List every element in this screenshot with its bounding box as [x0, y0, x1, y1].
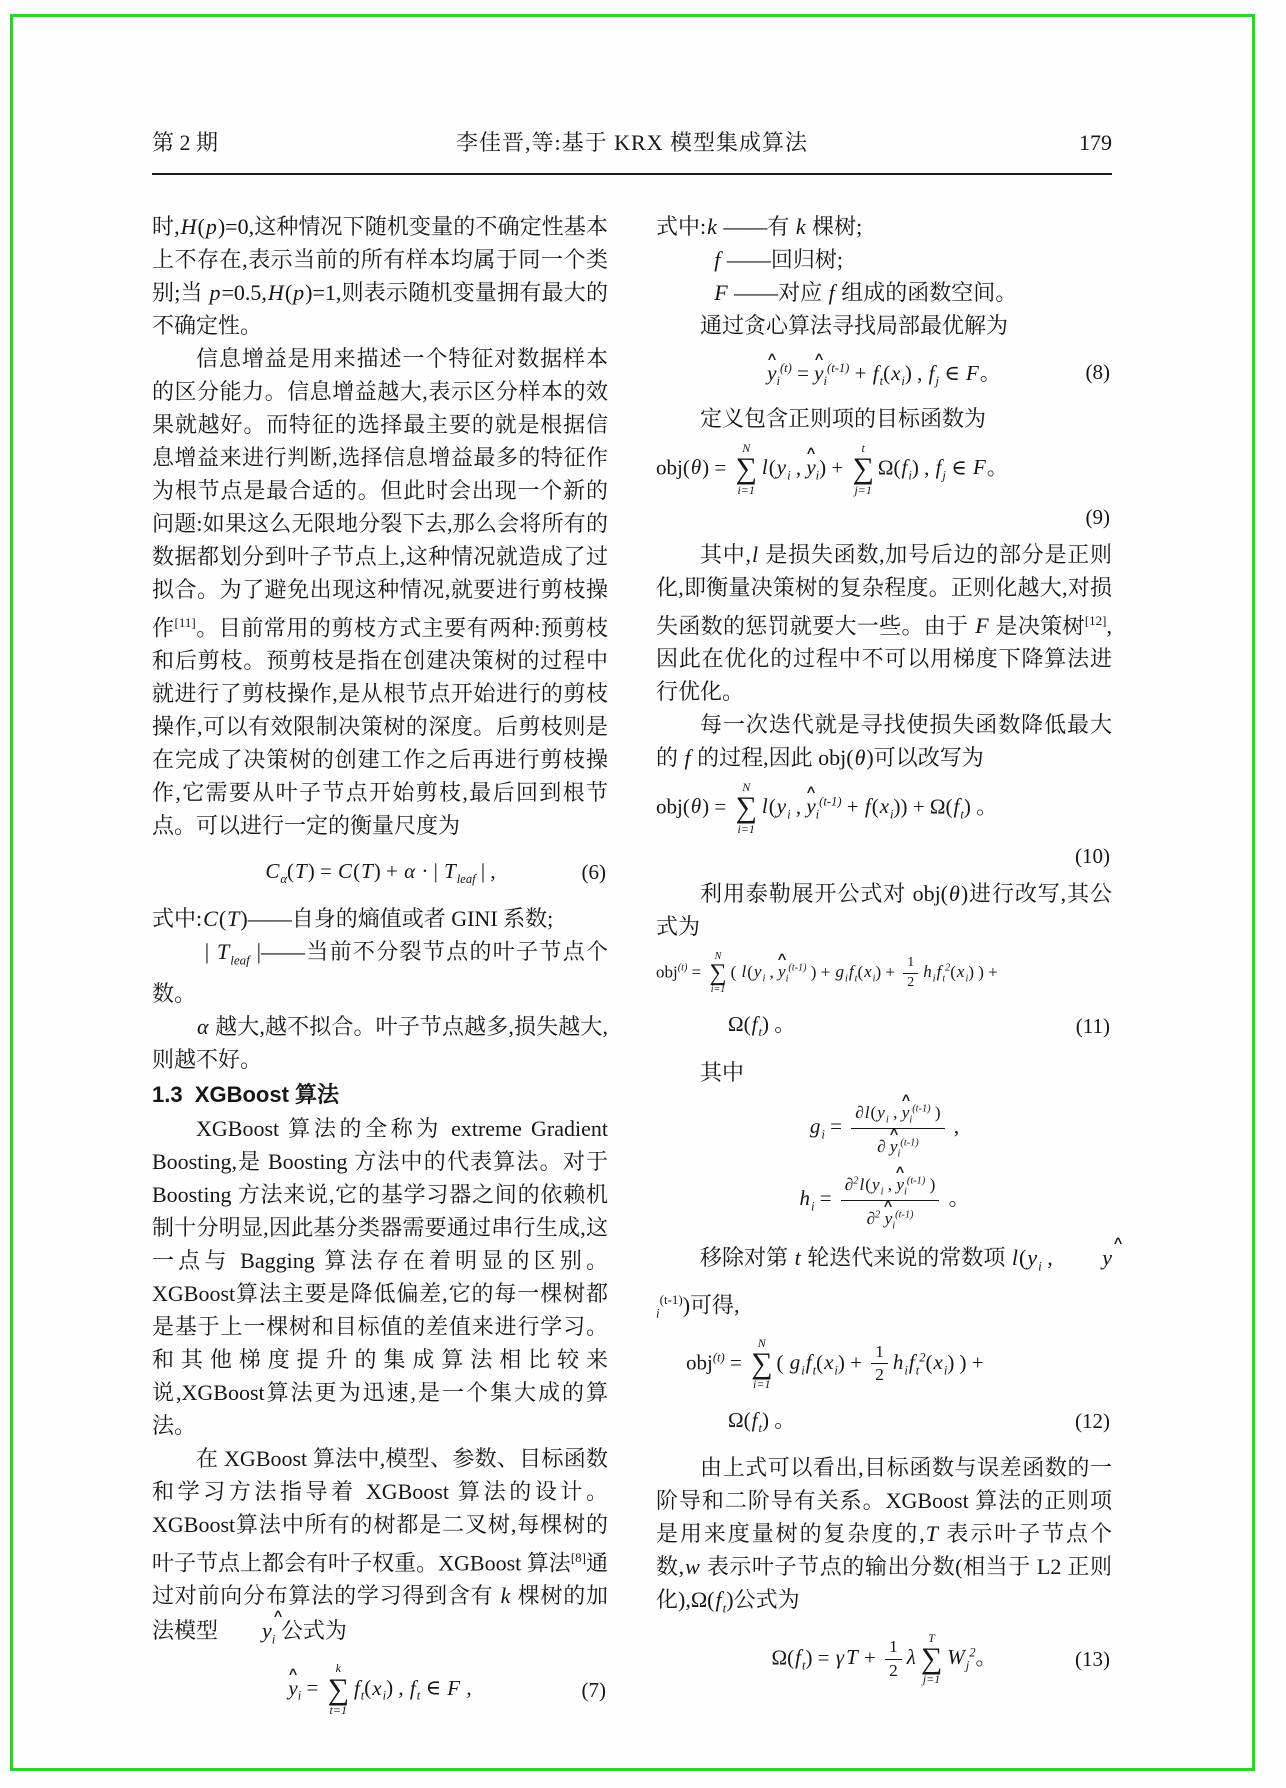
- sigma-icon: ∑: [852, 455, 873, 484]
- math-variable: C: [264, 859, 280, 883]
- text: ) 。: [762, 1408, 795, 1432]
- paragraph: 移除对第 t 轮迭代来说的常数项 l(yi , ∧yi(t-1))可得,: [656, 1239, 1112, 1329]
- section-heading: 1.3 XGBoost 算法: [152, 1078, 608, 1111]
- text: 利用泰勒展开公式对 obj(: [700, 881, 948, 906]
- text: ——对应: [729, 280, 828, 305]
- hat-variable: ∧y: [218, 1612, 272, 1642]
- hat-icon: ∧: [882, 1199, 894, 1210]
- sigma-icon: ∑: [921, 1645, 942, 1674]
- hat-icon: ∧: [899, 1093, 911, 1104]
- formula: obj(θ) = N∑i=1l(yi , ∧yi) + t∑j=1Ω(fi) ,…: [656, 442, 1112, 497]
- math-variable: k: [706, 214, 718, 239]
- math-variable: F: [446, 1676, 461, 1700]
- text: ) 。: [964, 794, 997, 818]
- hat-icon: ∧: [805, 785, 817, 796]
- math-variable: y: [871, 1175, 881, 1194]
- hat-variable: ∧y: [1058, 1239, 1112, 1269]
- math-variable: g: [835, 962, 846, 981]
- formula: ∧yi(t) = ∧yi(t-1) + ft(xi) , fj ∈ F。(8): [656, 349, 1112, 395]
- hat-variable: ∧y: [896, 1168, 904, 1193]
- hat-icon: ∧: [287, 1667, 299, 1678]
- text: (: [353, 859, 360, 883]
- subscript: t: [942, 973, 945, 984]
- formula: Ω(ft) 。(12): [656, 1398, 1112, 1444]
- fraction: 12: [871, 1342, 888, 1386]
- superscript: [8]: [571, 1550, 586, 1565]
- math-variable: x: [879, 794, 890, 818]
- fraction: 12: [903, 955, 918, 991]
- summation: N∑i=1: [736, 781, 757, 836]
- superscript: (t-1): [907, 1175, 925, 1186]
- hat-variable: ∧y: [778, 955, 786, 980]
- math-variable: T: [925, 1521, 939, 1546]
- article-body: 时,H(p)=0,这种情况下随机变量的不确定性基本上不存在,表示当前的所有样本均…: [152, 210, 1112, 1724]
- math-variable: f: [794, 1645, 802, 1669]
- hat-variable: ∧y: [806, 788, 815, 817]
- paragraph: 式中:C(T)——自身的熵值或者 GINI 系数;: [152, 902, 608, 935]
- text: ) ,: [912, 455, 935, 479]
- formula: gi = ∂l(yi , ∧yi(t-1) )∂ ∧yi(t-1) ,: [656, 1096, 1112, 1161]
- math-variable: H: [267, 280, 285, 305]
- math-variable: F: [965, 361, 980, 385]
- math-variable: l: [761, 794, 769, 818]
- math-variable: p: [292, 280, 305, 305]
- text: )公式为: [726, 1587, 799, 1612]
- text: ,: [889, 1103, 902, 1122]
- superscript: (t-1): [819, 794, 841, 808]
- math-variable: T: [226, 906, 240, 931]
- hat-icon: ∧: [776, 952, 788, 963]
- text: 轮迭代来说的常数项: [802, 1245, 1011, 1270]
- text: ) +: [838, 1350, 867, 1374]
- subscript: i: [904, 1186, 907, 1197]
- text: | ,: [476, 859, 496, 883]
- formula: Ω(ft) 。(11): [656, 1003, 1112, 1049]
- text: 2: [907, 975, 914, 990]
- text: 式中:: [152, 906, 202, 931]
- text: ) =: [702, 455, 731, 479]
- text: +: [849, 361, 871, 385]
- math-variable: x: [932, 1350, 943, 1374]
- formula: obj(t) = N∑i=1( gift(xi) + 12hift2(xi) )…: [656, 1337, 1112, 1392]
- math-variable: y: [753, 962, 763, 981]
- hat-variable: ∧y: [767, 355, 776, 384]
- text: =0.5,: [222, 280, 267, 305]
- math-variable: C: [337, 859, 353, 883]
- paragraph: 式中:k ——有 k 棵树;: [656, 210, 1112, 243]
- math-variable: θ: [948, 881, 961, 906]
- text: 的过程,因此 obj(: [692, 745, 854, 770]
- page-number: 179: [892, 130, 1112, 156]
- math-variable: λ: [906, 1645, 917, 1669]
- paragraph: f ——回归树;: [656, 243, 1112, 276]
- paragraph: 在 XGBoost 算法中,模型、参数、目标函数和学习方法指导着 XGBoost…: [152, 1442, 608, 1656]
- formula-body: ∧yi = k∑t=1ft(xi) , ft ∈ F ,: [288, 1662, 471, 1717]
- text: ) =: [308, 859, 337, 883]
- right-column: 式中:k ——有 k 棵树;f ——回归树;F ——对应 f 组成的函数空间。通…: [656, 210, 1112, 1724]
- text: Ω(: [728, 1012, 751, 1036]
- formula: Ω(ft) = γT + 12λT∑j=1Wj2。(13): [656, 1632, 1112, 1687]
- paragraph: 利用泰勒展开公式对 obj(θ)进行改写,其公式为: [656, 877, 1112, 943]
- math-variable: F: [974, 613, 989, 638]
- formula-body: obj(t) = N∑i=1( gift(xi) + 12hift2(xi) )…: [686, 1337, 984, 1392]
- text: 移除对第: [700, 1245, 794, 1270]
- summation: N∑i=1: [736, 442, 757, 497]
- paper-page: 第 2 期 李佳晋,等:基于 KRX 模型集成算法 179 时,H(p)=0,这…: [0, 0, 1286, 1788]
- text: 。目前常用的剪枝方式主要有两种:预剪枝和后剪枝。预剪枝是指在创建决策树的过程中就…: [152, 615, 608, 838]
- summation: t∑j=1: [852, 442, 873, 497]
- text: 在 XGBoost 算法中,模型、参数、目标函数和学习方法指导着 XGBoost…: [152, 1446, 608, 1575]
- formula: Cα(T) = C(T) + α · | Tleaf | ,(6): [152, 849, 608, 895]
- paragraph: 定义包含正则项的目标函数为: [656, 402, 1112, 435]
- text: =: [792, 361, 814, 385]
- text: 1.3 XGBoost 算法: [152, 1082, 339, 1107]
- text: ) +: [807, 962, 835, 981]
- subscript: j: [966, 1658, 970, 1672]
- text: 。: [980, 361, 1001, 385]
- math-variable: f: [928, 361, 936, 385]
- sigma-icon: ∑: [736, 794, 757, 823]
- superscript: (t): [713, 1350, 725, 1364]
- text: 2: [875, 1365, 884, 1384]
- superscript: (t-1): [900, 1137, 918, 1148]
- math-variable: f: [908, 1350, 916, 1374]
- text: XGBoost 算法的全称为 extreme Gradient Boosting…: [152, 1116, 608, 1438]
- math-variable: T: [845, 1645, 859, 1669]
- text: Ω(: [771, 1645, 794, 1669]
- superscript: (t-1): [788, 962, 806, 973]
- hat-variable: ∧y: [890, 1130, 898, 1155]
- math-variable: x: [371, 1676, 382, 1700]
- math-variable: T: [216, 939, 230, 964]
- formula: ∧yi = k∑t=1ft(xi) , ft ∈ F ,(7): [152, 1662, 608, 1717]
- superscript: [12]: [1085, 613, 1107, 628]
- formula-body: Ω(ft) 。: [728, 1012, 795, 1040]
- formula: obj(t) = N∑i=1( l(yi , ∧yi(t-1) ) + gift…: [656, 950, 1112, 996]
- text: =: [814, 1186, 836, 1210]
- text: ∂: [867, 1209, 876, 1228]
- text: (: [776, 1350, 788, 1374]
- math-variable: h: [798, 1186, 811, 1210]
- paragraph: 其中: [656, 1056, 1112, 1089]
- text: ) ) +: [947, 1350, 983, 1374]
- math-variable: l: [751, 542, 759, 567]
- text: =: [825, 1114, 847, 1138]
- equation-number: (13): [1075, 1647, 1110, 1671]
- text: Ω(: [878, 455, 901, 479]
- formula: obj(θ) = N∑i=1l(yi , ∧yi(t-1) + f(xi)) +…: [656, 781, 1112, 836]
- text: =: [687, 962, 705, 981]
- subscript: i: [776, 374, 780, 388]
- text: 。: [943, 1186, 969, 1210]
- text: 式中:: [656, 214, 706, 239]
- equation-number: (11): [1076, 1014, 1110, 1038]
- text: ,: [765, 962, 778, 981]
- sigma-icon: ∑: [709, 962, 726, 985]
- hat-variable: ∧y: [814, 355, 823, 384]
- text: ) 。: [762, 1012, 795, 1036]
- hat-variable: ∧y: [288, 1670, 297, 1699]
- formula-body: Ω(ft) 。: [728, 1408, 795, 1436]
- text: 1: [875, 1342, 884, 1361]
- text: (: [872, 794, 879, 818]
- math-variable: C: [202, 906, 219, 931]
- text: 。: [987, 455, 1008, 479]
- text: 定义包含正则项的目标函数为: [700, 406, 986, 431]
- text: ∈: [946, 455, 972, 479]
- math-variable: T: [294, 859, 308, 883]
- subscript: leaf: [230, 953, 250, 968]
- math-variable: f: [715, 1587, 723, 1612]
- math-variable: F: [713, 280, 728, 305]
- text: obj(: [656, 794, 690, 818]
- subscript: i: [656, 1306, 660, 1321]
- text: (: [769, 455, 776, 479]
- paragraph: 每一次迭代就是寻找使损失函数降低最大的 f 的过程,因此 obj(θ)可以改写为: [656, 708, 1112, 774]
- superscript: (t-1): [827, 361, 849, 375]
- text: )——自身的熵值或者 GINI 系数;: [240, 906, 553, 931]
- hat-variable: ∧y: [885, 1202, 893, 1227]
- math-variable: T: [443, 859, 457, 883]
- superscript: (t-1): [912, 1103, 930, 1114]
- subscript: i: [816, 808, 820, 822]
- page-header: 第 2 期 李佳晋,等:基于 KRX 模型集成算法 179: [152, 126, 1112, 175]
- text: ∂: [877, 1137, 890, 1156]
- hat-icon: ∧: [1046, 1236, 1124, 1247]
- subscript: i: [892, 1220, 895, 1231]
- paragraph: 通过贪心算法寻找局部最优解为: [656, 309, 1112, 342]
- math-variable: p: [205, 214, 218, 239]
- text: ): [925, 1175, 935, 1194]
- text: ,: [884, 1175, 897, 1194]
- subscript: i: [786, 973, 789, 984]
- superscript: (t-1): [895, 1209, 913, 1220]
- text: 。: [976, 1645, 997, 1669]
- math-variable: f: [848, 962, 855, 981]
- subscript: t: [916, 1363, 920, 1377]
- formula-body: obj(t) = N∑i=1( l(yi , ∧yi(t-1) ) + gift…: [656, 951, 998, 996]
- math-variable: g: [789, 1350, 802, 1374]
- subscript: i: [824, 374, 828, 388]
- subscript: i: [898, 1148, 901, 1159]
- equation-number: (7): [582, 1678, 607, 1702]
- math-variable: k: [795, 214, 807, 239]
- paragraph: F ——对应 f 组成的函数空间。: [656, 276, 1112, 309]
- math-variable: f: [409, 1676, 417, 1700]
- equation-number: (10): [656, 843, 1110, 869]
- text: 其中: [700, 1060, 744, 1085]
- math-variable: F: [972, 455, 987, 479]
- superscript: [11]: [175, 615, 196, 630]
- hat-icon: ∧: [206, 1609, 284, 1620]
- text: obj: [656, 962, 678, 981]
- text: ∂: [855, 1103, 864, 1122]
- equation-number: (9): [656, 504, 1110, 530]
- math-variable: f: [828, 280, 836, 305]
- text: ) =: [702, 794, 731, 818]
- math-variable: f: [684, 745, 692, 770]
- math-variable: f: [864, 794, 872, 818]
- text: 组成的函数空间。: [836, 280, 1018, 305]
- math-variable: h: [922, 962, 933, 981]
- math-variable: y: [1026, 1245, 1038, 1270]
- math-variable: θ: [854, 745, 867, 770]
- math-variable: α: [403, 859, 416, 883]
- fraction: ∂l(yi , ∧yi(t-1) )∂ ∧yi(t-1): [851, 1096, 944, 1161]
- math-variable: g: [809, 1114, 822, 1138]
- text: ——有: [718, 214, 795, 239]
- paragraph: 时,H(p)=0,这种情况下随机变量的不确定性基本上不存在,表示当前的所有样本均…: [152, 210, 608, 342]
- text: ) =: [805, 1645, 834, 1669]
- math-variable: f: [805, 1350, 813, 1374]
- math-variable: y: [876, 1103, 886, 1122]
- hat-icon: ∧: [888, 1127, 900, 1138]
- math-variable: W: [946, 1645, 966, 1669]
- paragraph: 由上式可以看出,目标函数与误差函数的一阶导和二阶导有关系。XGBoost 算法的…: [656, 1451, 1112, 1624]
- hat-icon: ∧: [894, 1165, 906, 1176]
- math-variable: θ: [690, 455, 702, 479]
- text: ,: [461, 1676, 472, 1700]
- summation: N∑i=1: [751, 1337, 772, 1392]
- text: ——回归树;: [721, 247, 843, 272]
- text: )可以改写为: [866, 745, 983, 770]
- math-variable: y: [776, 455, 787, 479]
- text: ,: [791, 455, 807, 479]
- formula-body: obj(θ) = N∑i=1l(yi , ∧yi) + t∑j=1Ω(fi) ,…: [656, 442, 1008, 497]
- text: (: [731, 962, 741, 981]
- text: obj(: [656, 455, 690, 479]
- math-variable: w: [684, 1554, 701, 1579]
- left-column: 时,H(p)=0,这种情况下随机变量的不确定性基本上不存在,表示当前的所有样本均…: [152, 210, 608, 1724]
- math-variable: y: [776, 794, 787, 818]
- equation-number: (8): [1086, 360, 1111, 384]
- text: ∈: [420, 1676, 446, 1700]
- text: (: [816, 1350, 823, 1374]
- hat-variable: ∧y: [806, 449, 815, 478]
- math-variable: H: [180, 214, 198, 239]
- text: +: [842, 794, 864, 818]
- paragraph: 信息增益是用来描述一个特征对数据样本的区分能力。信息增益越大,表示区分样本的效果…: [152, 342, 608, 842]
- sigma-icon: ∑: [751, 1350, 772, 1379]
- text: ∈: [939, 361, 965, 385]
- text: 通过贪心算法寻找局部最优解为: [700, 313, 1008, 338]
- text: Ω(: [728, 1408, 751, 1432]
- text: |: [205, 939, 216, 964]
- subscript: leaf: [457, 872, 476, 886]
- math-variable: t: [794, 1245, 802, 1270]
- math-variable: h: [892, 1350, 905, 1374]
- text: ) ,: [386, 1676, 409, 1700]
- math-variable: x: [863, 962, 873, 981]
- text: 时,: [152, 214, 180, 239]
- text: 公式为: [275, 1618, 347, 1643]
- text: (: [198, 214, 205, 239]
- paragraph: | Tleaf |——当前不分裂节点的叶子节点个数。: [152, 935, 608, 1009]
- paragraph: α 越大,越不拟合。叶子节点越多,损失越大,则越不好。: [152, 1010, 608, 1076]
- text: )可得,: [683, 1292, 740, 1317]
- math-variable: k: [500, 1583, 512, 1608]
- formula-body: Cα(T) = C(T) + α · | Tleaf | ,: [264, 859, 495, 887]
- text: (: [769, 794, 776, 818]
- math-variable: α: [196, 1014, 210, 1039]
- paragraph: XGBoost 算法的全称为 extreme Gradient Boosting…: [152, 1112, 608, 1442]
- running-title: 李佳晋,等:基于 KRX 模型集成算法: [372, 126, 892, 157]
- summation: k∑t=1: [328, 1662, 349, 1717]
- equation-number: (12): [1075, 1409, 1110, 1433]
- text: · |: [416, 859, 443, 883]
- text: 1: [907, 955, 914, 970]
- text: =: [301, 1676, 323, 1700]
- text: obj: [686, 1350, 713, 1374]
- text: ,: [791, 794, 807, 818]
- formula-body: Ω(ft) = γT + 12λT∑j=1Wj2。: [771, 1632, 996, 1687]
- hat-icon: ∧: [813, 352, 825, 363]
- superscript: (t-1): [660, 1292, 683, 1307]
- formula: hi = ∂2l(yi , ∧yi(t-1) )∂2 ∧yi(t-1) 。: [656, 1168, 1112, 1233]
- math-variable: l: [761, 455, 769, 479]
- summation: N∑i=1: [709, 951, 726, 996]
- text: ) +: [819, 455, 848, 479]
- sigma-icon: ∑: [736, 455, 757, 484]
- math-variable: x: [890, 361, 901, 385]
- math-variable: γ: [835, 1645, 845, 1669]
- math-variable: l: [1011, 1245, 1019, 1270]
- text: 1: [889, 1637, 898, 1656]
- text: ) ,: [905, 361, 928, 385]
- text: +: [859, 1645, 881, 1669]
- math-variable: x: [823, 1350, 834, 1374]
- hat-variable: ∧y: [902, 1096, 910, 1121]
- paragraph: 其中,l 是损失函数,加号后边的部分是正则化,即衡量决策树的复杂程度。正则化越大…: [656, 538, 1112, 708]
- text: ,: [949, 1114, 960, 1138]
- math-variable: p: [209, 280, 222, 305]
- text: 2: [889, 1661, 898, 1680]
- text: ) +: [876, 962, 900, 981]
- text: 棵树;: [807, 214, 863, 239]
- fraction: ∂2l(yi , ∧yi(t-1) )∂2 ∧yi(t-1): [841, 1168, 940, 1233]
- formula-body: ∧yi(t) = ∧yi(t-1) + ft(xi) , fj ∈ F。: [767, 355, 1001, 389]
- text: ): [931, 1103, 941, 1122]
- text: ,: [1042, 1245, 1059, 1270]
- text: 其中,: [700, 542, 751, 567]
- text: 越大,越不拟合。叶子节点越多,损失越大,则越不好。: [152, 1014, 608, 1072]
- hat-icon: ∧: [805, 446, 817, 457]
- text: =: [725, 1350, 747, 1374]
- math-variable: f: [872, 361, 880, 385]
- sigma-icon: ∑: [328, 1676, 349, 1705]
- text: 是决策树: [990, 613, 1085, 638]
- equation-number: (6): [582, 860, 607, 884]
- math-variable: l: [864, 1103, 871, 1122]
- math-variable: T: [360, 859, 374, 883]
- subscript: i: [909, 1115, 912, 1126]
- fraction: 12: [885, 1637, 902, 1681]
- summation: T∑j=1: [921, 1632, 942, 1687]
- superscript: (t): [780, 361, 792, 375]
- text: (: [287, 859, 294, 883]
- formula-body: gi = ∂l(yi , ∧yi(t-1) )∂ ∧yi(t-1) ,: [809, 1096, 959, 1161]
- superscript: (t): [678, 962, 688, 973]
- formula-body: hi = ∂2l(yi , ∧yi(t-1) )∂2 ∧yi(t-1) 。: [798, 1168, 969, 1233]
- text: ) ) +: [968, 962, 997, 981]
- text: 信息增益是用来描述一个特征对数据样本的区分能力。信息增益越大,表示区分样本的效果…: [152, 346, 608, 640]
- formula-body: obj(θ) = N∑i=1l(yi , ∧yi(t-1) + f(xi)) +…: [656, 781, 997, 836]
- math-variable: θ: [690, 794, 702, 818]
- hat-icon: ∧: [766, 352, 778, 363]
- math-variable: f: [353, 1676, 361, 1700]
- text: ) +: [374, 859, 403, 883]
- issue-label: 第 2 期: [152, 126, 372, 157]
